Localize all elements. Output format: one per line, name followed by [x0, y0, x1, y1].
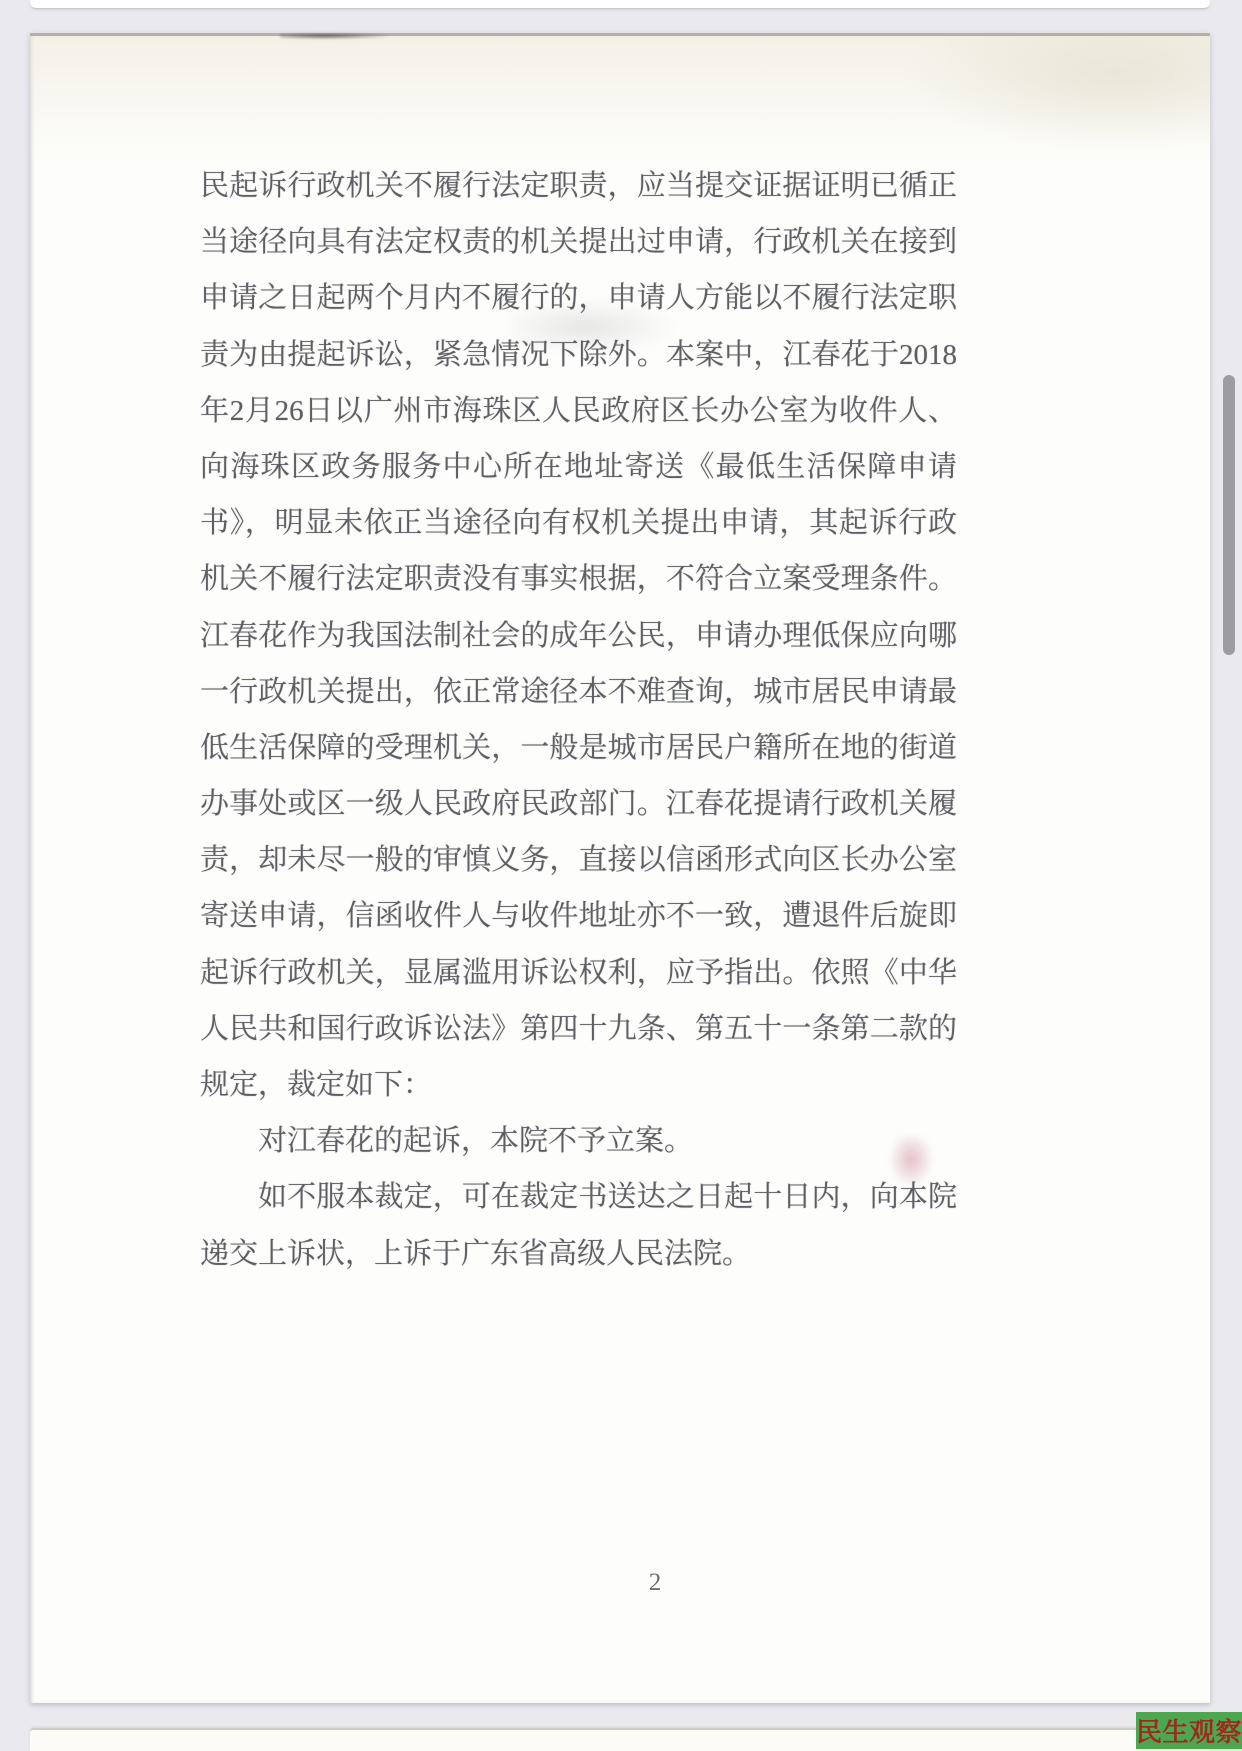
- body-line: 一行政机关提出，依正常途径本不难查询，城市居民申请最: [200, 664, 957, 720]
- body-line: 规定，裁定如下：: [200, 1057, 957, 1113]
- body-line: 当途径向具有法定权责的机关提出过申请，行政机关在接到: [200, 214, 957, 270]
- body-line: 寄送申请，信函收件人与收件地址亦不一致，遭退件后旋即: [200, 888, 957, 944]
- body-line: 申请之日起两个月内不履行的，申请人方能以不履行法定职: [200, 270, 957, 326]
- body-line: 年2月26日以广州市海珠区人民政府区长办公室为收件人、: [200, 383, 957, 439]
- body-line: 民起诉行政机关不履行法定职责，应当提交证据证明已循正: [200, 158, 957, 214]
- ruling-body-text: 民起诉行政机关不履行法定职责，应当提交证据证明已循正当途径向具有法定权责的机关提…: [200, 158, 957, 1282]
- body-line: 机关不履行法定职责没有事实根据，不符合立案受理条件。: [200, 551, 957, 607]
- body-line: 责，却未尽一般的审慎义务，直接以信函形式向区长办公室: [200, 832, 957, 888]
- body-line: 书》，明显未依正当途径向有权机关提出申请，其起诉行政: [200, 495, 957, 551]
- body-line: 人民共和国行政诉讼法》第四十九条、第五十一条第二款的: [200, 1001, 957, 1057]
- scrollbar-thumb[interactable]: [1223, 375, 1235, 655]
- body-line: 江春花作为我国法制社会的成年公民，申请办理低保应向哪: [200, 608, 957, 664]
- scan-smudge-artifact: [280, 33, 390, 39]
- body-line: 起诉行政机关，显属滥用诉讼权利，应予指出。依照《中华: [200, 945, 957, 1001]
- body-line: 如不服本裁定，可在裁定书送达之日起十日内，向本院: [200, 1169, 957, 1225]
- body-line: 办事处或区一级人民政府民政部门。江春花提请行政机关履: [200, 776, 957, 832]
- body-line: 低生活保障的受理机关，一般是城市居民户籍所在地的街道: [200, 720, 957, 776]
- body-line: 对江春花的起诉，本院不予立案。: [200, 1113, 957, 1169]
- next-page-edge: [30, 1728, 1210, 1751]
- body-line: 向海珠区政务服务中心所在地址寄送《最低生活保障申请: [200, 439, 957, 495]
- page-number: 2: [590, 1568, 720, 1598]
- body-line: 责为由提起诉讼，紧急情况下除外。本案中，江春花于2018: [200, 327, 957, 383]
- watermark-label: 民生观察: [1136, 1712, 1242, 1749]
- previous-page-edge: [30, 0, 1210, 9]
- body-line: 递交上诉状，上诉于广东省高级人民法院。: [200, 1226, 957, 1282]
- document-page: 民起诉行政机关不履行法定职责，应当提交证据证明已循正当途径向具有法定权责的机关提…: [30, 33, 1210, 1703]
- document-scan-viewer: 民起诉行政机关不履行法定职责，应当提交证据证明已循正当途径向具有法定权责的机关提…: [0, 0, 1242, 1751]
